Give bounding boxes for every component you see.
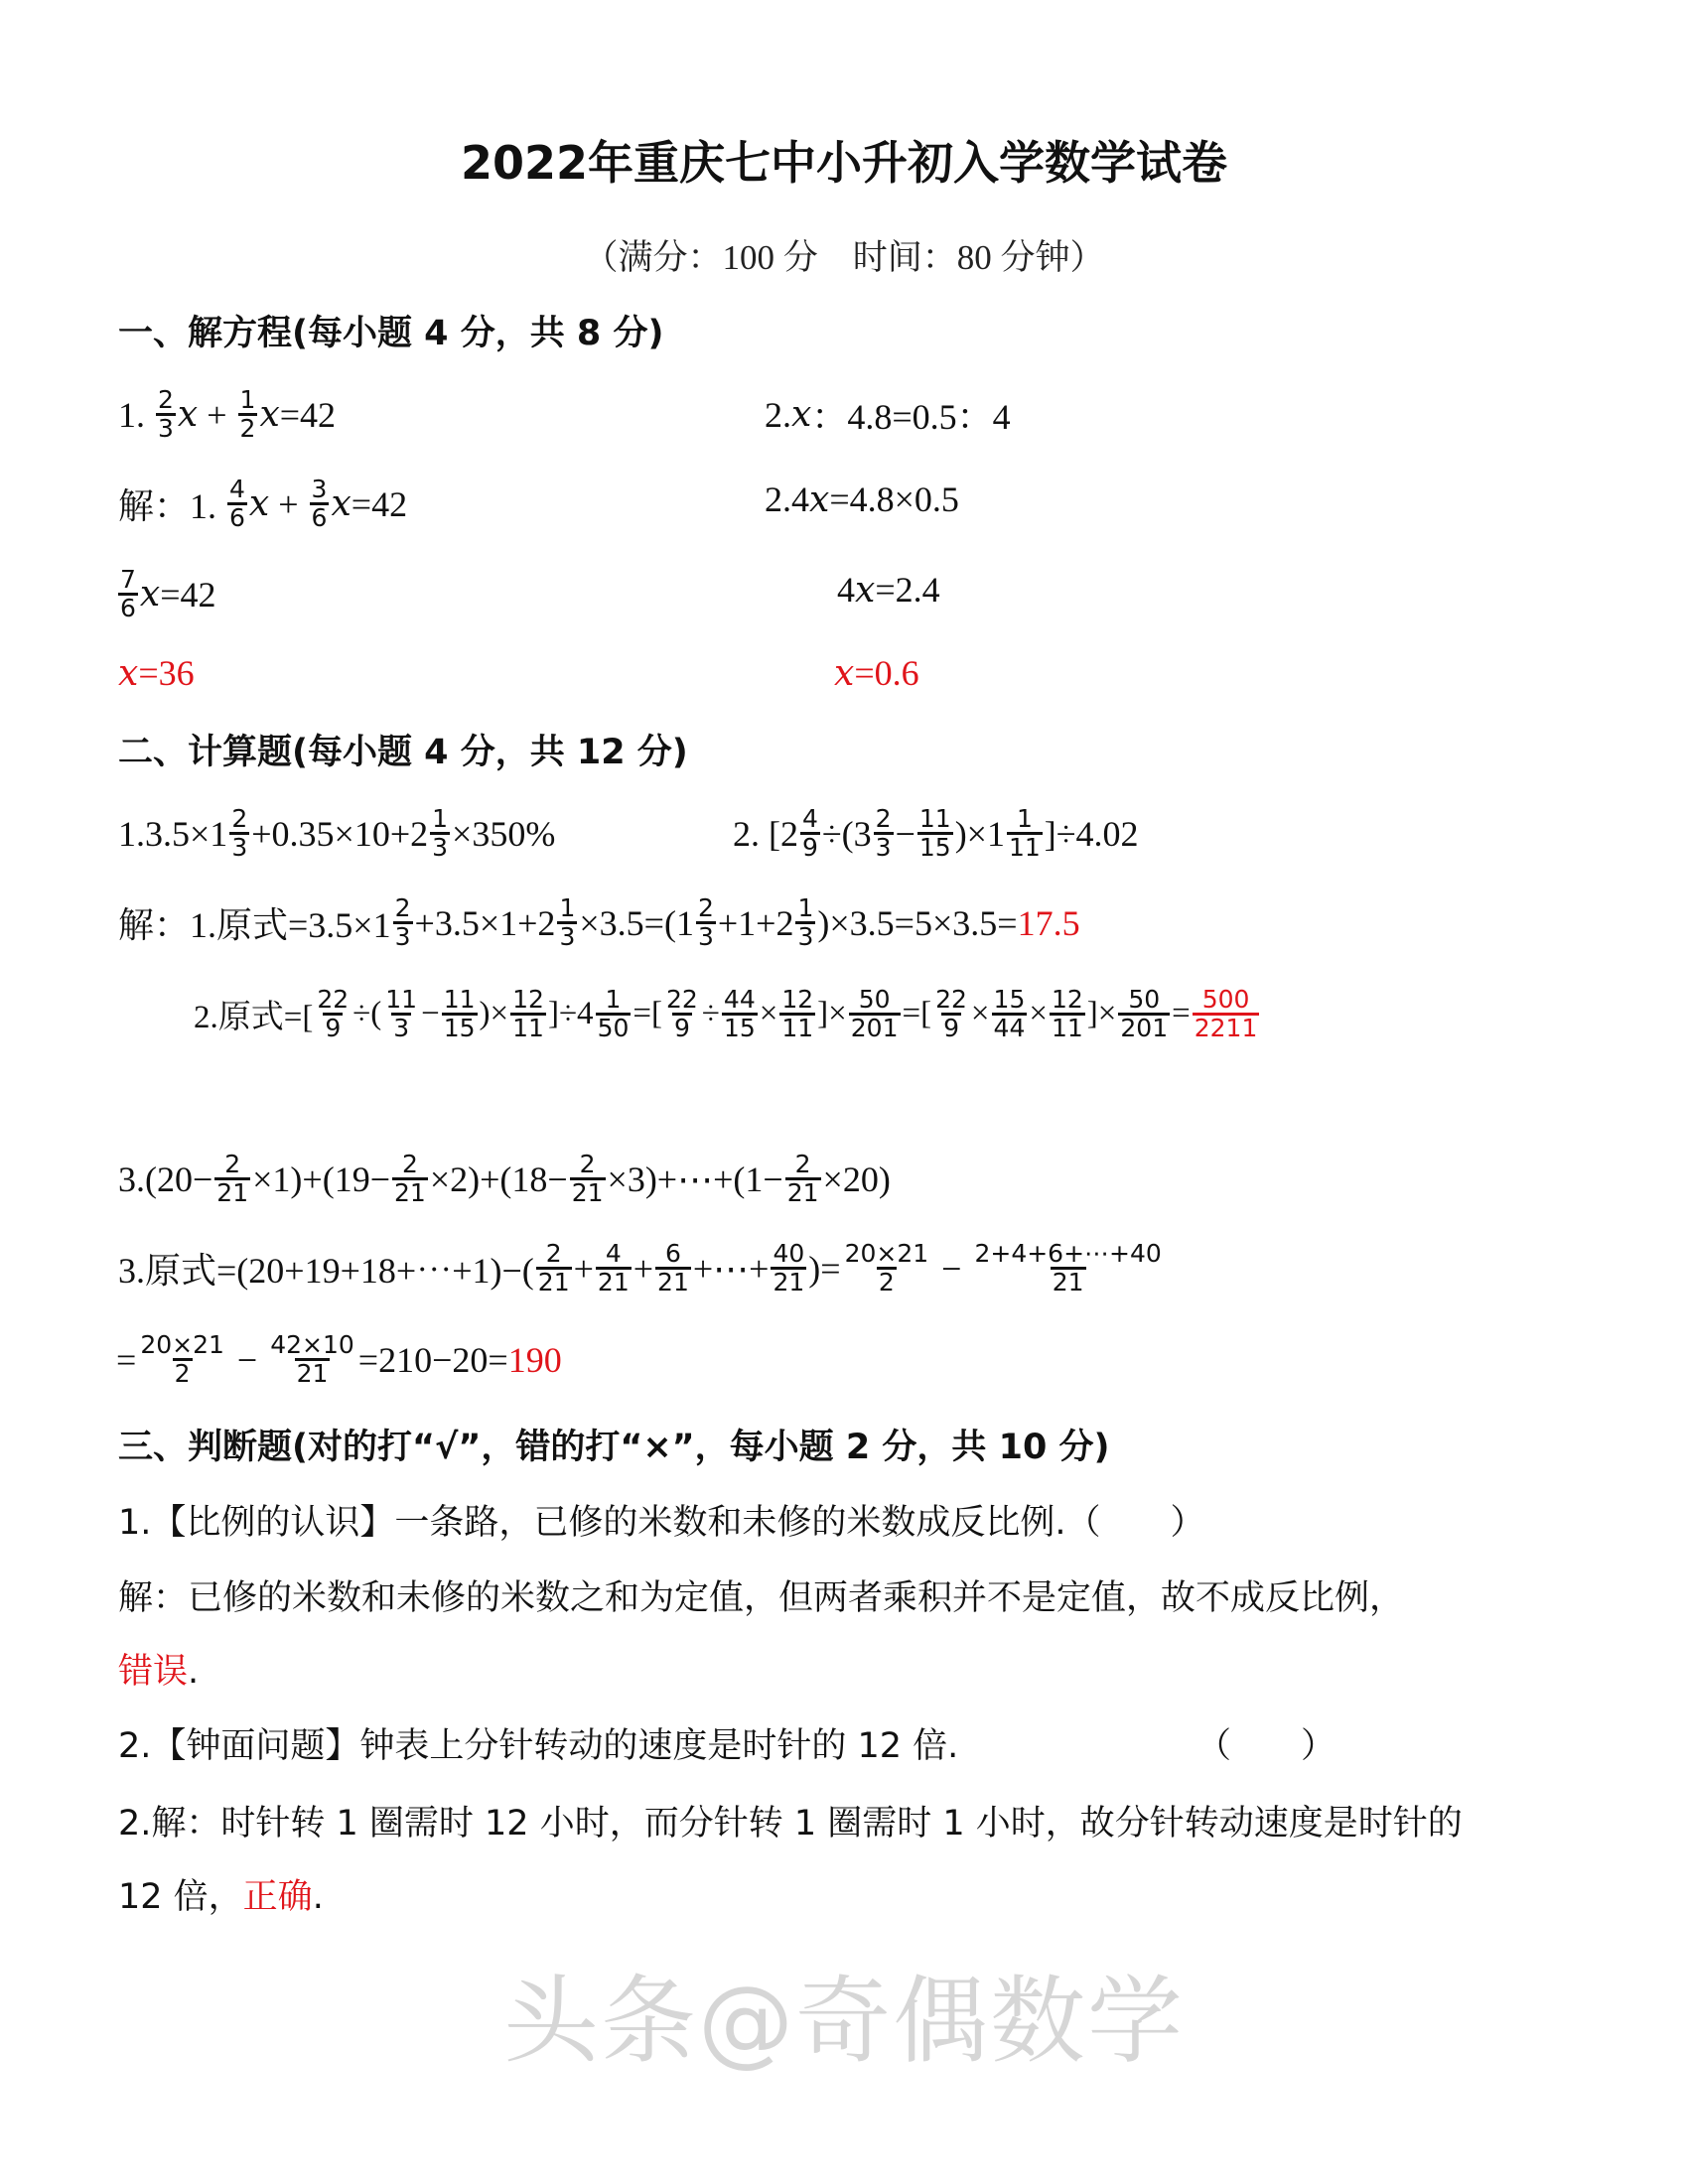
judge-question-2: 2.【钟面问题】钟表上分针转动的速度是时针的 12 倍. bbox=[118, 1718, 958, 1768]
s1-question-1: 1. 23 x + 12 x=42 bbox=[118, 387, 336, 443]
s2-question-1: 1.3.5×1 23 +0.35×10+2 13 ×350% bbox=[118, 806, 555, 862]
s2-question-2: 2. [2 49 ÷(3 23 − 1115 )×1 111 ]÷4.02 bbox=[733, 806, 1139, 862]
s2-solution-1: 解：1.原式=3.5×1 23 +3.5×1+2 13 ×3.5=(1 23 +… bbox=[118, 895, 1080, 951]
exam-info: （满分：100 分 时间：80 分钟） bbox=[0, 230, 1688, 280]
answer-value: 错误 bbox=[118, 1652, 188, 1692]
s1-solution-2-step2: 4x=2.4 bbox=[837, 569, 940, 611]
s2-solution-3: 3.原式=(20+19+18+⋯+1)−( 221 + 421 + 621 +⋯… bbox=[118, 1241, 1166, 1297]
answer-value: 正确 bbox=[243, 1877, 313, 1917]
s1-solution-1-step2: 76 x=42 bbox=[116, 567, 216, 622]
watermark: 头条@奇偶数学 bbox=[0, 1946, 1688, 2082]
fraction: 23 bbox=[156, 387, 176, 443]
section-3-heading: 三、判断题(对的打“√”，错的打“×”，每小题 2 分，共 10 分) bbox=[118, 1420, 1109, 1469]
judge-answer-2: 12 倍，正确. bbox=[118, 1869, 324, 1919]
s2-question-3: 3.(20− 221 ×1)+(19− 221 ×2)+(18− 221 ×3)… bbox=[118, 1152, 891, 1207]
answer-value: 190 bbox=[508, 1339, 562, 1381]
fraction: 46 bbox=[227, 477, 247, 532]
answer-value: 17.5 bbox=[1018, 902, 1080, 944]
fraction: 12 bbox=[238, 387, 258, 443]
s2-solution-3-cont: = 20×212 − 42×1021 =210−20=190 bbox=[116, 1332, 562, 1388]
q-label: 1. bbox=[118, 394, 145, 436]
s1-solution-2-step1: 2.4x=4.8×0.5 bbox=[765, 478, 959, 520]
answer-fraction: 5002211 bbox=[1193, 987, 1260, 1042]
variable: x bbox=[178, 394, 198, 435]
page-title: 2022年重庆七中小升初入学数学试卷 bbox=[0, 127, 1688, 193]
judge-question-1: 1.【比例的认识】一条路，已修的米数和未修的米数成反比例.（ ） bbox=[118, 1495, 1205, 1545]
s1-answer-2: x=0.6 bbox=[834, 652, 919, 694]
s1-solution-1-step1: 解：1. 46 x + 36 x=42 bbox=[118, 477, 407, 532]
section-2-heading: 二、计算题(每小题 4 分，共 12 分) bbox=[118, 725, 688, 774]
answer-blank: （ ） bbox=[1196, 1718, 1336, 1768]
judge-solution-1: 解：已修的米数和未修的米数之和为定值，但两者乘积并不是定值，故不成反比例， bbox=[118, 1570, 1404, 1620]
section-1-heading: 一、解方程(每小题 4 分，共 8 分) bbox=[118, 306, 663, 355]
fraction: 36 bbox=[310, 477, 330, 532]
judge-solution-2: 2.解：时针转 1 圈需时 12 小时，而分针转 1 圈需时 1 小时，故分针转… bbox=[118, 1796, 1463, 1845]
s1-answer-1: x=36 bbox=[118, 652, 195, 694]
s1-question-2: 2.x：4.8=0.5：4 bbox=[765, 389, 1011, 440]
s2-solution-2: 2.原式=[ 229 ÷( 113 − 1115 )× 1211 ]÷4 150… bbox=[194, 987, 1261, 1042]
fraction: 76 bbox=[118, 567, 138, 622]
judge-answer-1: 错误. bbox=[118, 1644, 199, 1694]
